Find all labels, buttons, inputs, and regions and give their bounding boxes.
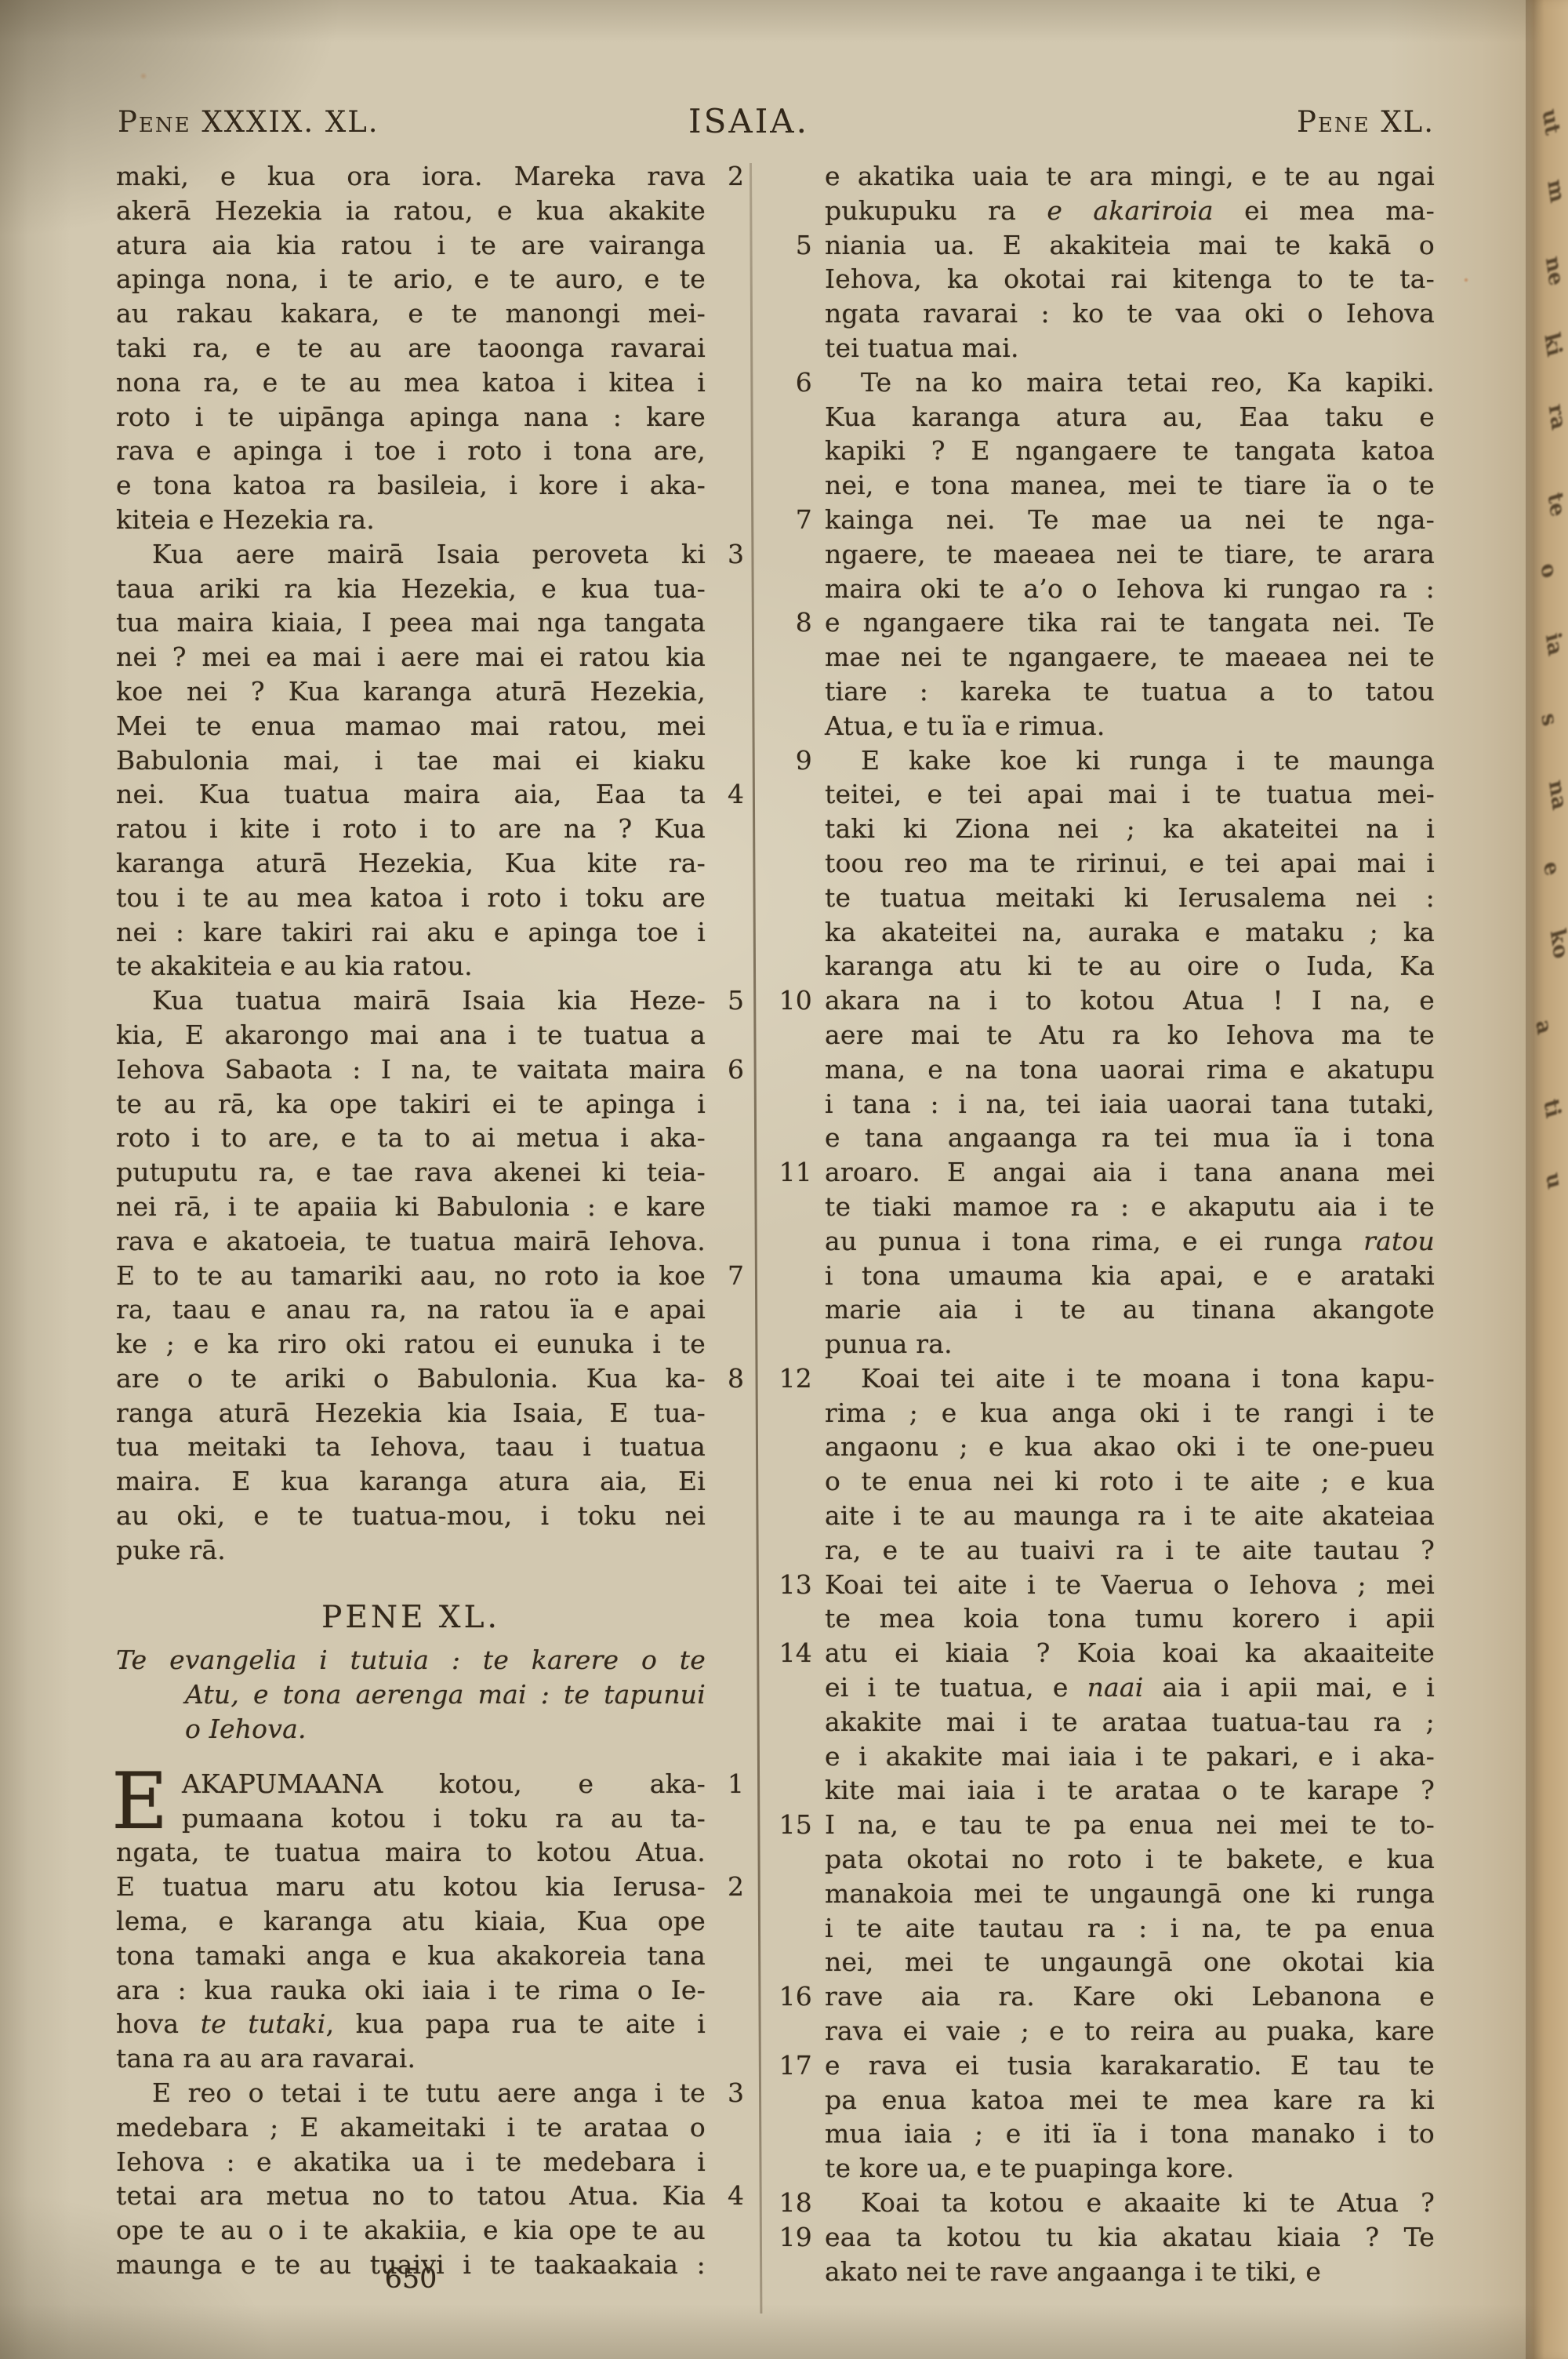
fore-edge-text-fragment: na <box>1544 777 1568 812</box>
text-line: au rakau kakara, e te manongi mei- <box>116 296 706 331</box>
text-line: 9E kake koe ki runga i te maunga <box>825 743 1435 778</box>
text-line: nei, mei te ungaungā one okotai kia <box>825 1945 1435 1979</box>
text-line: rava e apinga i toe i roto i tona are, <box>116 434 706 468</box>
text-line: 19eaa ta kotou tu kia akatau kiaia ? Te <box>825 2220 1435 2255</box>
text-segment: Te evangelia i tutuia : te karere o te <box>116 1645 706 1675</box>
text-line: 6Te na ko maira tetai reo, Ka kapiki. <box>825 365 1435 400</box>
verse-number: 7 <box>728 1259 744 1293</box>
text-segment: kainga nei. Te mae ua nei te nga- <box>825 504 1435 535</box>
text-line: marie aia i te au tinana akangote <box>825 1292 1435 1327</box>
text-segment: akato nei te rave angaanga i te tiki, e <box>825 2256 1321 2287</box>
text-segment: te mea koia tona tumu korero i apii <box>825 1603 1435 1634</box>
text-line: pukupuku ra e akariroia ei mea ma- <box>825 194 1435 228</box>
text-line: au oki, e te tuatua-mou, i toku nei <box>116 1499 706 1533</box>
text-line: e tana angaanga ra tei mua ïa i tona <box>825 1121 1435 1155</box>
text-line: manakoia mei te ungaungā one ki runga <box>825 1877 1435 1911</box>
text-line: atura aia kia ratou i te are vairanga <box>116 228 706 263</box>
verse-number: 15 <box>779 1808 812 1842</box>
text-line: te tuatua meitaki ki Ierusalema nei : <box>825 881 1435 915</box>
text-segment: atura aia kia ratou i te are vairanga <box>116 230 706 260</box>
verse-number: 14 <box>779 1636 812 1670</box>
text-segment: manakoia mei te ungaungā one ki runga <box>825 1878 1435 1909</box>
text-segment: ra, taau e anau ra, na ratou ïa e apai <box>116 1294 706 1325</box>
text-line: ope te au o i te akakiia, e kia ope te a… <box>116 2213 706 2248</box>
text-line: kia, E akarongo mai ana i te tuatua a <box>116 1018 706 1052</box>
text-line: e akatika uaia te ara mingi, e te au nga… <box>825 159 1435 194</box>
text-segment: Koai ta kotou e akaaite ki te Atua ? <box>861 2187 1435 2218</box>
text-line: tua meitaki ta Iehova, taau i tuatua <box>116 1430 706 1464</box>
text-line: nona ra, e te au mea katoa i kitea i <box>116 365 706 400</box>
text-line: tona tamaki anga e kua akakoreia tana <box>116 1939 706 1973</box>
text-segment: tiare : kareka te tuatua a to tatou <box>825 676 1435 707</box>
text-segment: mae nei te ngangaere, te maeaea nei te <box>825 642 1435 672</box>
text-line: nei rā, i te apaiia ki Babulonia : e kar… <box>116 1190 706 1224</box>
text-segment: rava ei vaie ; e to reira au puaka, kare <box>825 2016 1435 2046</box>
text-line: tiare : kareka te tuatua a to tatou <box>825 674 1435 709</box>
text-segment: pa enua katoa mei te mea kare ra ki <box>825 2085 1435 2115</box>
text-segment: taki ki Ziona nei ; ka akateitei na i <box>825 813 1435 844</box>
text-segment: ei mea ma- <box>1214 195 1435 226</box>
text-line: mae nei te ngangaere, te maeaea nei te <box>825 640 1435 674</box>
text-line: maira oki te a’o o Iehova ki rungao ra : <box>825 572 1435 606</box>
chapter-summary-line: Atu, e tona aerenga mai : te tapunui <box>116 1677 706 1712</box>
text-segment: Kua karanga atura au, Eaa taku e <box>825 402 1435 432</box>
verse-number: 18 <box>779 2186 812 2220</box>
fore-edge-text-fragment: ki <box>1539 330 1566 359</box>
text-segment: akara na i to kotou Atua ! I na, e <box>825 985 1435 1016</box>
fore-edge-text-fragment: s <box>1536 711 1561 729</box>
text-segment: kiteia e Hezekia ra. <box>116 504 375 535</box>
text-line: te au rā, ka ope takiri ei te apinga i <box>116 1087 706 1121</box>
text-segment: E tuatua maru atu kotou kia Ierusa- <box>116 1871 706 1902</box>
verse-number: 11 <box>779 1155 812 1190</box>
text-segment: kite mai iaia i te arataa o te karape ? <box>825 1775 1435 1805</box>
text-line: Iehova : e akatika ua i te medebara i <box>116 2145 706 2179</box>
text-segment: Koai tei aite i te moana i tona kapu- <box>861 1363 1435 1394</box>
text-segment: Kua aere mairā Isaia peroveta ki <box>152 539 706 569</box>
text-segment: Mei te enua mamao mai ratou, mei <box>116 711 706 741</box>
text-line: ngaere, te maeaea nei te tiare, te arara <box>825 537 1435 572</box>
text-segment: apinga nona, i te ario, e te auro, e te <box>116 264 706 294</box>
fore-edge-text-fragment: m <box>1542 176 1568 205</box>
text-line: medebara ; E akameitaki i te arataa o <box>116 2110 706 2145</box>
fore-edge-text-fragment: a <box>1530 1017 1556 1038</box>
text-line: karanga atu ki te au oire o Iuda, Ka <box>825 949 1435 983</box>
text-line: pata okotai no roto i te bakete, e kua <box>825 1842 1435 1877</box>
text-segment: kapiki ? E ngangaere te tangata katoa <box>825 435 1435 466</box>
text-line: ke ; e ka riro oki ratou ei eunuka i te <box>116 1327 706 1361</box>
text-line: koe nei ? Kua karanga aturā Hezekia, <box>116 674 706 709</box>
text-segment: taki ra, e te au are taoonga ravarai <box>116 333 706 363</box>
text-segment: nei : kare takiri rai aku e apinga toe i <box>116 917 706 947</box>
fore-edge-text-fragment: e <box>1538 859 1563 879</box>
verse-number: 5 <box>796 228 812 263</box>
text-line: ratou i kite i roto i to are na ? Kua <box>116 812 706 846</box>
text-segment: au oki, e te tuatua-mou, i toku nei <box>116 1500 706 1531</box>
header-book-title: ISAIA. <box>674 102 823 140</box>
text-line: ka akateitei na, auraka e mataku ; ka <box>825 915 1435 950</box>
text-segment: tana ra au ara ravarai. <box>116 2043 416 2074</box>
fore-edge-text-fragment: ti <box>1539 1096 1565 1121</box>
text-line: 13Koai tei aite i te Vaerua o Iehova ; m… <box>825 1568 1435 1602</box>
verse-number: 8 <box>796 605 812 640</box>
text-line: 2E tuatua maru atu kotou kia Ierusa- <box>116 1870 706 1904</box>
text-line: angaonu ; e kua akao oki i te one-pueu <box>825 1430 1435 1464</box>
text-line: karanga aturā Hezekia, Kua kite ra- <box>116 846 706 881</box>
right-text-column: e akatika uaia te ara mingi, e te au nga… <box>825 159 1435 2288</box>
text-segment: nei ? mei ea mai i aere mai ei ratou kia <box>116 642 706 672</box>
text-segment: teitei, e tei apai mai i te tuatua mei- <box>825 779 1435 809</box>
chapter-summary-line: Te evangelia i tutuia : te karere o te <box>116 1643 706 1677</box>
text-segment: tona tamaki anga e kua akakoreia tana <box>116 1940 706 1971</box>
text-segment: te kore ua, e te puapinga kore. <box>825 2153 1234 2183</box>
chapter-heading: PENE XL. <box>116 1601 706 1644</box>
text-line: 8e ngangaere tika rai te tangata nei. Te <box>825 605 1435 640</box>
verse-number: 3 <box>728 2076 744 2110</box>
left-text-column: 2maki, e kua ora iora. Mareka ravaakerā … <box>116 159 706 2282</box>
text-segment: nona ra, e te au mea katoa i kitea i <box>116 367 706 398</box>
text-segment: ratou <box>1363 1226 1435 1256</box>
text-line: nei : kare takiri rai aku e apinga toe i <box>116 915 706 950</box>
verse-number: 7 <box>796 503 812 537</box>
text-segment: Iehova Sabaota : I na, te vaitata maira <box>116 1054 706 1085</box>
text-line: aere mai te Atu ra ko Iehova ma te <box>825 1018 1435 1052</box>
text-line: 14atu ei kiaia ? Koia koai ka akaaiteite <box>825 1636 1435 1670</box>
text-segment: au rakau kakara, e te manongi mei- <box>116 298 706 329</box>
text-line: mua iaia ; e iti ïa i tona manako i to <box>825 2117 1435 2151</box>
text-segment: Atua, e tu ïa e rimua. <box>825 711 1105 741</box>
text-line: 10akara na i to kotou Atua ! I na, e <box>825 983 1435 1018</box>
text-segment: tetai ara metua no to tatou Atua. Kia <box>116 2180 706 2211</box>
text-line: pa enua katoa mei te mea kare ra ki <box>825 2083 1435 2117</box>
text-segment: au punua i tona rima, e ei runga <box>825 1226 1363 1256</box>
text-line: ngata ravarai : ko te vaa oki o Iehova <box>825 296 1435 331</box>
text-segment: ngaere, te maeaea nei te tiare, te arara <box>825 539 1435 569</box>
text-segment: taua ariki ra kia Hezekia, e kua tua- <box>116 573 706 604</box>
text-segment: o te enua nei ki roto i te aite ; e kua <box>825 1466 1435 1496</box>
text-segment: ke ; e ka riro oki ratou ei eunuka i te <box>116 1329 706 1359</box>
verse-number: 5 <box>728 983 744 1018</box>
text-line: 5Kua tuatua mairā Isaia kia Heze- <box>116 983 706 1018</box>
text-segment: ratou i kite i roto i to are na ? Kua <box>116 813 706 844</box>
text-line: i tana : i na, tei iaia uaorai tana tuta… <box>825 1087 1435 1121</box>
text-segment: mua iaia ; e iti ïa i tona manako i to <box>825 2118 1435 2149</box>
verse-number: 10 <box>779 983 812 1018</box>
text-line: puke rā. <box>116 1533 706 1568</box>
verse-number: 4 <box>728 2179 744 2213</box>
text-line: pumaana kotou i toku ra au ta- <box>116 1801 706 1836</box>
text-segment: i tona umauma kia apai, e e arataki <box>825 1260 1435 1291</box>
text-segment: tua maira kiaia, I peea mai nga tangata <box>116 607 706 638</box>
text-segment: angaonu ; e kua akao oki i te one-pueu <box>825 1431 1435 1462</box>
text-segment: rave aia ra. Kare oki Lebanona e <box>825 1981 1435 2012</box>
text-line: E1AKAPUMAANA kotou, e aka- <box>116 1767 706 1801</box>
text-segment: hova <box>116 2008 201 2039</box>
fore-edge-text-fragment: te <box>1543 490 1568 520</box>
text-segment: tei tuatua mai. <box>825 333 1019 363</box>
text-line: 16rave aia ra. Kare oki Lebanona e <box>825 1979 1435 2014</box>
text-line: lema, e karanga atu kiaia, Kua ope <box>116 1904 706 1939</box>
text-line: 17e rava ei tusia karakaratio. E tau te <box>825 2048 1435 2083</box>
text-line: kiteia e Hezekia ra. <box>116 503 706 537</box>
text-segment: e tana angaanga ra tei mua ïa i tona <box>825 1122 1435 1153</box>
text-segment: e akariroia <box>1047 195 1213 226</box>
text-segment: karanga aturā Hezekia, Kua kite ra- <box>116 848 706 878</box>
text-segment: ope te au o i te akakiia, e kia ope te a… <box>116 2215 706 2245</box>
text-line: kapiki ? E ngangaere te tangata katoa <box>825 434 1435 468</box>
text-segment: E to te au tamariki aau, no roto ia koe <box>116 1260 706 1291</box>
text-segment: ranga aturā Hezekia kia Isaia, E tua- <box>116 1398 706 1428</box>
text-line: ra, e te au tuaivi ra i te aite tautau ? <box>825 1533 1435 1568</box>
text-line: tua maira kiaia, I peea mai nga tangata <box>116 605 706 640</box>
verse-number: 6 <box>728 1052 744 1087</box>
fore-edge-text-fragment: ko <box>1545 926 1568 961</box>
text-line: te mea koia tona tumu korero i apii <box>825 1601 1435 1636</box>
text-segment: aere mai te Atu ra ko Iehova ma te <box>825 1020 1435 1050</box>
verse-number: 19 <box>779 2220 812 2255</box>
text-line: 12Koai tei aite i te moana i tona kapu- <box>825 1361 1435 1396</box>
text-segment: te tutaki <box>201 2008 326 2039</box>
text-segment: e ngangaere tika rai te tangata nei. Te <box>825 607 1435 638</box>
text-line: 3E reo o tetai i te tutu aere anga i te <box>116 2076 706 2110</box>
text-segment: aroaro. E angai aia i tana anana mei <box>825 1157 1435 1187</box>
text-line: akakite mai i te arataa tuatua-tau ra ; <box>825 1705 1435 1739</box>
column-divider-rule <box>750 163 762 2314</box>
text-segment: nei, mei te ungaungā one okotai kia <box>825 1946 1435 1977</box>
header-chapter-right: Pene XL. <box>1278 105 1435 139</box>
text-line: ranga aturā Hezekia kia Isaia, E tua- <box>116 1396 706 1430</box>
text-line: Kua karanga atura au, Eaa taku e <box>825 400 1435 434</box>
text-line: toou reo ma te ririnui, e tei apai mai i <box>825 846 1435 881</box>
text-segment: Koai tei aite i te Vaerua o Iehova ; mei <box>825 1569 1435 1600</box>
text-segment: akakite mai i te arataa tuatua-tau ra ; <box>825 1707 1435 1737</box>
text-line: e tona katoa ra basileia, i kore i aka- <box>116 468 706 503</box>
text-segment: maki, e kua ora iora. Mareka rava <box>116 161 706 191</box>
text-line: ei i te tuatua, e naai aia i apii mai, e… <box>825 1670 1435 1705</box>
text-segment: roto i te uipānga apinga nana : kare <box>116 402 706 432</box>
text-line: nei ? mei ea mai i aere mai ei ratou kia <box>116 640 706 674</box>
fore-edge-text-fragment: ut <box>1537 106 1565 137</box>
text-line: te akakiteia e au kia ratou. <box>116 949 706 983</box>
text-line: ra, taau e anau ra, na ratou ïa e apai <box>116 1292 706 1327</box>
verse-number: 2 <box>728 1870 744 1904</box>
text-segment: i tana : i na, tei iaia uaorai tana tuta… <box>825 1089 1435 1119</box>
text-segment: toou reo ma te ririnui, e tei apai mai i <box>825 848 1435 878</box>
text-line: roto i te uipānga apinga nana : kare <box>116 400 706 434</box>
text-line: 3Kua aere mairā Isaia peroveta ki <box>116 537 706 572</box>
facing-page-fore-edge: utmnekirateoiasnaekoatiu <box>1526 0 1568 2359</box>
header-chapter-left: Pene XXXIX. XL. <box>118 105 379 139</box>
text-line: rava ei vaie ; e to reira au puaka, kare <box>825 2014 1435 2048</box>
text-segment: punua ra. <box>825 1329 953 1359</box>
text-line: punua ra. <box>825 1327 1435 1361</box>
text-line: rima ; e kua anga oki i te rangi i te <box>825 1396 1435 1430</box>
text-line: taua ariki ra kia Hezekia, e kua tua- <box>116 572 706 606</box>
text-line: 5niania ua. E akakiteia mai te kakā o <box>825 228 1435 263</box>
text-line: apinga nona, i te ario, e te auro, e te <box>116 262 706 296</box>
text-segment: nei rā, i te apaiia ki Babulonia : e kar… <box>116 1191 706 1222</box>
text-segment: o Iehova. <box>185 1714 307 1744</box>
text-segment: ngata ravarai : ko te vaa oki o Iehova <box>825 298 1435 329</box>
text-line: rava e akatoeia, te tuatua mairā Iehova. <box>116 1224 706 1259</box>
text-line: 4nei. Kua tuatua maira aia, Eaa ta <box>116 777 706 812</box>
text-line: 4tetai ara metua no to tatou Atua. Kia <box>116 2179 706 2213</box>
text-segment: e rava ei tusia karakaratio. E tau te <box>825 2050 1435 2081</box>
text-line: te kore ua, e te puapinga kore. <box>825 2151 1435 2186</box>
page-number: 650 <box>116 2263 706 2295</box>
text-segment: karanga atu ki te au oire o Iuda, Ka <box>825 951 1435 981</box>
text-segment: medebara ; E akameitaki i te arataa o <box>116 2112 706 2143</box>
text-line: 2maki, e kua ora iora. Mareka rava <box>116 159 706 194</box>
text-line: Mei te enua mamao mai ratou, mei <box>116 709 706 743</box>
fore-edge-text-fragment: ia <box>1541 630 1567 658</box>
text-segment: pukupuku ra <box>825 195 1047 226</box>
scanned-book-page: Pene XXXIX. XL. ISAIA. Pene XL. 2maki, e… <box>0 0 1568 2359</box>
text-segment: rima ; e kua anga oki i te rangi i te <box>825 1398 1435 1428</box>
text-segment: Atu, e tona aerenga mai : te tapunui <box>185 1679 706 1710</box>
text-segment: E kake koe ki runga i te maunga <box>861 745 1435 776</box>
text-segment: are o te ariki o Babulonia. Kua ka- <box>116 1363 706 1394</box>
text-line: nei, e tona manea, mei te tiare ïa o te <box>825 468 1435 503</box>
text-segment: Kua tuatua mairā Isaia kia Heze- <box>152 985 706 1016</box>
text-line: kite mai iaia i te arataa o te karape ? <box>825 1773 1435 1808</box>
text-segment: niania ua. E akakiteia mai te kakā o <box>825 230 1435 260</box>
fore-edge-text-fragment: ne <box>1541 253 1568 289</box>
text-segment: aite i te au maunga ra i te aite akateia… <box>825 1500 1435 1531</box>
text-segment: e akatika uaia te ara mingi, e te au nga… <box>825 161 1435 191</box>
text-line: taki ki Ziona nei ; ka akateitei na i <box>825 812 1435 846</box>
text-line: tana ra au ara ravarai. <box>116 2041 706 2076</box>
text-segment: ra, e te au tuaivi ra i te aite tautau ? <box>825 1535 1435 1565</box>
text-segment: ngata, te tuatua maira to kotou Atua. <box>116 1837 706 1867</box>
text-segment: rava e apinga i toe i roto i tona are, <box>116 435 706 466</box>
text-segment: lema, e karanga atu kiaia, Kua ope <box>116 1906 706 1936</box>
text-segment: tua meitaki ta Iehova, taau i tuatua <box>116 1431 706 1462</box>
text-segment: putuputu ra, e tae rava akenei ki teia- <box>116 1157 706 1187</box>
text-segment: naai <box>1087 1672 1144 1703</box>
text-segment: puke rā. <box>116 1535 226 1565</box>
text-segment: e i akakite mai iaia i te pakari, e i ak… <box>825 1741 1435 1772</box>
verse-number: 13 <box>779 1568 812 1602</box>
text-segment: maira oki te a’o o Iehova ki rungao ra : <box>825 573 1435 604</box>
text-segment: E reo o tetai i te tutu aere anga i te <box>152 2077 706 2108</box>
text-segment: mana, e na tona uaorai rima e akatupu <box>825 1054 1435 1085</box>
text-line: i te aite tautau ra : i na, te pa enua <box>825 1911 1435 1946</box>
text-line: 7E to te au tamariki aau, no roto ia koe <box>116 1259 706 1293</box>
text-line: ara : kua rauka oki iaia i te rima o Ie- <box>116 1973 706 2008</box>
text-segment: koe nei ? Kua karanga aturā Hezekia, <box>116 676 706 707</box>
text-line: Babulonia mai, i tae mai ei kiaku <box>116 743 706 778</box>
text-line: teitei, e tei apai mai i te tuatua mei- <box>825 777 1435 812</box>
text-segment: Iehova, ka okotai rai kitenga to te ta- <box>825 264 1435 294</box>
text-line: akato nei te rave angaanga i te tiki, e <box>825 2255 1435 2289</box>
verse-number: 9 <box>796 743 812 778</box>
verse-number: 12 <box>779 1361 812 1396</box>
text-segment: pata okotai no roto i te bakete, e kua <box>825 1844 1435 1874</box>
text-line: putuputu ra, e tae rava akenei ki teia- <box>116 1155 706 1190</box>
text-segment: ka akateitei na, auraka e mataku ; ka <box>825 917 1435 947</box>
text-segment: kia, E akarongo mai ana i te tuatua a <box>116 1020 706 1050</box>
text-segment: maira. E kua karanga atura aia, Ei <box>116 1466 706 1496</box>
text-line: 15I na, e tau te pa enua nei mei te to- <box>825 1808 1435 1842</box>
text-segment: , kua papa rua te aite i <box>326 2008 706 2039</box>
verse-number: 6 <box>796 365 812 400</box>
text-segment: PENE XL. <box>321 1600 500 1635</box>
text-segment: rava e akatoeia, te tuatua mairā Iehova. <box>116 1226 706 1256</box>
chapter-summary-line: o Iehova. <box>116 1712 706 1747</box>
text-segment: te tuatua meitaki ki Ierusalema nei : <box>825 882 1435 913</box>
text-segment: marie aia i te au tinana akangote <box>825 1294 1435 1325</box>
text-segment: i te aite tautau ra : i na, te pa enua <box>825 1913 1435 1943</box>
text-segment: e tona katoa ra basileia, i kore i aka- <box>116 470 706 500</box>
text-line: mana, e na tona uaorai rima e akatupu <box>825 1052 1435 1087</box>
fore-edge-text-fragment: ra <box>1544 401 1568 432</box>
verse-number: 8 <box>728 1361 744 1396</box>
text-segment: te au rā, ka ope takiri ei te apinga i <box>116 1089 706 1119</box>
text-line: maira. E kua karanga atura aia, Ei <box>116 1464 706 1499</box>
verse-number: 3 <box>728 537 744 572</box>
text-line: tei tuatua mai. <box>825 331 1435 365</box>
text-segment: tou i te au mea katoa i roto i toku are <box>116 882 706 913</box>
text-line: te tiaki mamoe ra : e akaputu aia i te <box>825 1190 1435 1224</box>
fore-edge-text-fragment: o <box>1536 560 1562 580</box>
fore-edge-text-fragment: u <box>1541 1169 1566 1191</box>
text-segment: ei i te tuatua, e <box>825 1672 1087 1703</box>
text-segment: AKAPUMAANA kotou, e aka- <box>182 1768 706 1799</box>
text-segment: roto i to are, e ta to ai metua i aka- <box>116 1122 706 1153</box>
text-line: roto i to are, e ta to ai metua i aka- <box>116 1121 706 1155</box>
text-line: ngata, te tuatua maira to kotou Atua. <box>116 1835 706 1870</box>
text-line: aite i te au maunga ra i te aite akateia… <box>825 1499 1435 1533</box>
text-segment: Babulonia mai, i tae mai ei kiaku <box>116 745 706 776</box>
text-segment: te tiaki mamoe ra : e akaputu aia i te <box>825 1191 1435 1222</box>
text-segment: eaa ta kotou tu kia akatau kiaia ? Te <box>825 2222 1435 2252</box>
text-line: au punua i tona rima, e ei runga ratou <box>825 1224 1435 1259</box>
verse-number: 1 <box>728 1767 744 1801</box>
verse-number: 16 <box>779 1979 812 2014</box>
text-segment: atu ei kiaia ? Koia koai ka akaaiteite <box>825 1637 1435 1668</box>
text-segment: pumaana kotou i toku ra au ta- <box>182 1803 706 1834</box>
text-segment: nei. Kua tuatua maira aia, Eaa ta <box>116 779 706 809</box>
text-line: 18Koai ta kotou e akaaite ki te Atua ? <box>825 2186 1435 2220</box>
text-segment: aia i apii mai, e i <box>1144 1672 1435 1703</box>
text-line: akerā Hezekia ia ratou, e kua akakite <box>116 194 706 228</box>
verse-number: 2 <box>728 159 744 194</box>
text-line: o te enua nei ki roto i te aite ; e kua <box>825 1464 1435 1499</box>
text-line: 8are o te ariki o Babulonia. Kua ka- <box>116 1361 706 1396</box>
text-line: i tona umauma kia apai, e e arataki <box>825 1259 1435 1293</box>
text-segment: ara : kua rauka oki iaia i te rima o Ie- <box>116 1975 706 2005</box>
text-line: 11aroaro. E angai aia i tana anana mei <box>825 1155 1435 1190</box>
text-segment: Te na ko maira tetai reo, Ka kapiki. <box>861 367 1435 398</box>
text-line: 6Iehova Sabaota : I na, te vaitata maira <box>116 1052 706 1087</box>
verse-number: 17 <box>779 2048 812 2083</box>
text-segment: te akakiteia e au kia ratou. <box>116 951 473 981</box>
text-line: e i akakite mai iaia i te pakari, e i ak… <box>825 1739 1435 1774</box>
text-line: 7kainga nei. Te mae ua nei te nga- <box>825 503 1435 537</box>
text-line: hova te tutaki, kua papa rua te aite i <box>116 2007 706 2041</box>
verse-number: 4 <box>728 777 744 812</box>
text-segment: I na, e tau te pa enua nei mei te to- <box>825 1809 1435 1840</box>
text-segment: nei, e tona manea, mei te tiare ïa o te <box>825 470 1435 500</box>
text-line: Atua, e tu ïa e rimua. <box>825 709 1435 743</box>
text-segment: akerā Hezekia ia ratou, e kua akakite <box>116 195 706 226</box>
text-line: taki ra, e te au are taoonga ravarai <box>116 331 706 365</box>
text-line: Iehova, ka okotai rai kitenga to te ta- <box>825 262 1435 296</box>
text-segment: Iehova : e akatika ua i te medebara i <box>116 2146 706 2177</box>
running-header: Pene XXXIX. XL. ISAIA. Pene XL. <box>0 105 1568 144</box>
text-line: tou i te au mea katoa i roto i toku are <box>116 881 706 915</box>
